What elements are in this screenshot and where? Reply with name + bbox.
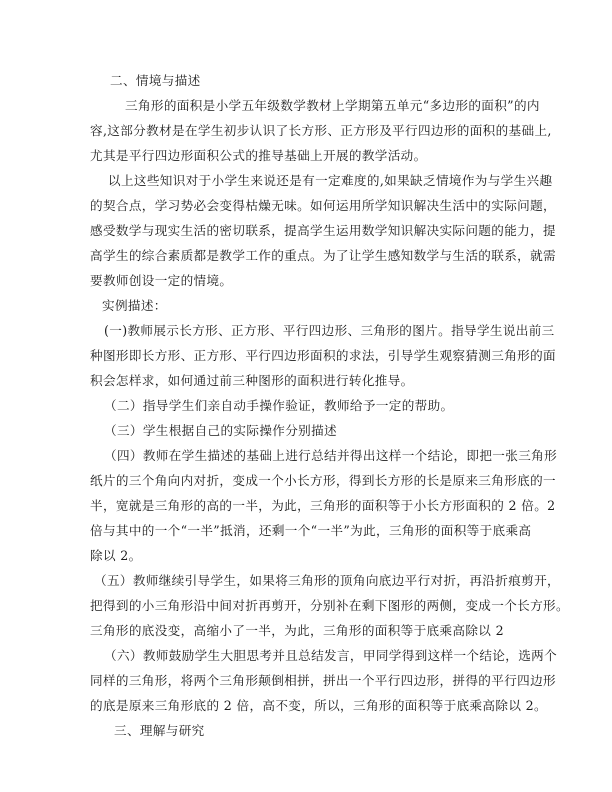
list-item-line: 把得到的小三角形沿中间对折再剪开，分别补在剩下图形的两侧，变成一个长方形。 bbox=[90, 598, 522, 614]
list-item-line: (一)教师展示长方形、正方形、平行四边形、三角形的图片。指导学生说出前三 bbox=[104, 323, 536, 339]
list-item-line: （六）教师鼓励学生大胆思考并且总结发言，甲同学得到这样一个结论，选两个 bbox=[104, 648, 536, 664]
paragraph-line: 以上这些知识对于小学生来说还是有一定难度的,如果缺乏情境作为与学生兴趣 bbox=[108, 173, 540, 189]
paragraph-line: 三角形的面积是小学五年级数学教材上学期第五单元“多边形的面积”的内 bbox=[125, 98, 557, 114]
list-item-line: （五）教师继续引导学生，如果将三角形的顶角向底边平行对折，再沿折痕剪开， bbox=[94, 573, 526, 589]
list-item-line: 纸片的三个角向内对折，变成一个小长方形，得到长方形的长是原来三角形底的一 bbox=[90, 473, 522, 489]
document-page: 二、情境与描述 三角形的面积是小学五年级数学教材上学期第五单元“多边形的面积”的… bbox=[0, 0, 612, 792]
list-item-line: （四）教师在学生描述的基础上进行总结并得出这样一个结论，即把一张三角形 bbox=[104, 448, 536, 464]
list-item-line: 三角形的底没变，高缩小了一半，为此，三角形的面积等于底乘高除以 2 bbox=[90, 623, 522, 639]
list-item-line: 同样的三角形，将两个三角形颠倒相拼，拼出一个平行四边形，拼得的平行四边形 bbox=[90, 673, 522, 689]
list-item-line: 种图形即长方形、正方形、平行四边形面积的求法，引导学生观察猜测三角形的面 bbox=[90, 348, 522, 364]
example-heading: 实例描述： bbox=[102, 298, 534, 314]
list-item-line: 的底是原来三角形底的 2 倍，高不变，所以，三角形的面积等于底乘高除以 2。 bbox=[90, 698, 522, 714]
list-item-line: （三）学生根据自己的实际操作分别描述 bbox=[104, 423, 536, 439]
paragraph-line: 的契合点，学习势必会变得枯燥无味。如何运用所学知识解决生活中的实际问题， bbox=[90, 198, 522, 214]
list-item-line: 倍与其中的一个“一半”抵消，还剩一个“一半”为此，三角形的面积等于底乘高 bbox=[90, 523, 522, 539]
list-item-line: 除以 2。 bbox=[90, 548, 522, 564]
section-heading-understanding: 三、理解与研究 bbox=[114, 723, 546, 739]
list-item-line: 积会怎样求，如何通过前三种图形的面积进行转化推导。 bbox=[90, 373, 522, 389]
paragraph-line: 感受数学与现实生活的密切联系，提高学生运用数学知识解决实际问题的能力，提 bbox=[90, 223, 522, 239]
list-item-line: （二）指导学生们亲自动手操作验证，教师给予一定的帮助。 bbox=[104, 398, 536, 414]
paragraph-line: 要教师创设一定的情境。 bbox=[90, 273, 522, 289]
list-item-line: 半，宽就是三角形的高的一半，为此，三角形的面积等于小长方形面积的 2 倍。2 bbox=[90, 498, 522, 514]
paragraph-line: 容,这部分教材是在学生初步认识了长方形、正方形及平行四边形的面积的基础上, bbox=[90, 123, 522, 139]
paragraph-line: 尤其是平行四边形面积公式的推导基础上开展的教学活动。 bbox=[90, 148, 522, 164]
paragraph-line: 高学生的综合素质都是教学工作的重点。为了让学生感知数学与生活的联系，就需 bbox=[90, 248, 522, 264]
section-heading-situation: 二、情境与描述 bbox=[110, 73, 542, 89]
